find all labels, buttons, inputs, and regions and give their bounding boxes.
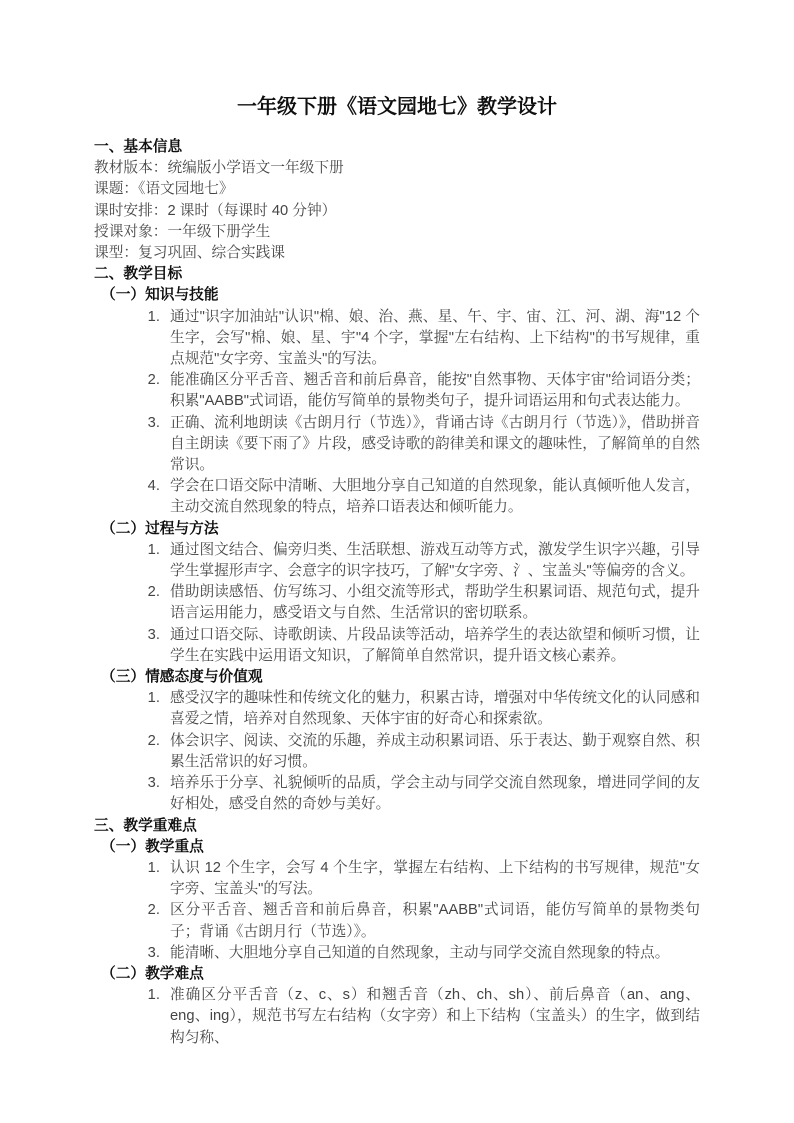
list-item: 能清晰、大胆地分享自己知道的自然现象，主动与同学交流自然现象的特点。 [164,943,700,964]
list-item: 培养乐于分享、礼貌倾听的品质，学会主动与同学交流自然现象，增进同学间的友好相处，… [164,773,700,815]
subsection-teaching-focus: （一）教学重点 认识 12 个生字，会写 4 个生字，掌握左右结构、上下结构的书… [94,837,700,964]
info-line-textbook-version: 教材版本：统编版小学语文一年级下册 [94,158,700,179]
teaching-focus-subheading: （一）教学重点 [101,837,700,858]
list-item: 感受汉字的趣味性和传统文化的魅力，积累古诗，增强对中华传统文化的认同感和喜爱之情… [164,688,700,730]
knowledge-skills-list: 通过"识字加油站"认识"棉、娘、治、燕、星、午、宇、宙、江、河、湖、海"12 个… [94,307,700,519]
emotion-values-list: 感受汉字的趣味性和传统文化的魅力，积累古诗，增强对中华传统文化的认同感和喜爱之情… [94,688,700,815]
list-item: 通过"识字加油站"认识"棉、娘、治、燕、星、午、宇、宙、江、河、湖、海"12 个… [164,307,700,371]
info-line-lesson-type: 课型：复习巩固、综合实践课 [94,243,700,264]
subsection-process-methods: （二）过程与方法 通过图文结合、偏旁归类、生活联想、游戏互动等方式，激发学生识字… [94,519,700,667]
list-item: 借助朗读感悟、仿写练习、小组交流等形式，帮助学生积累词语、规范句式，提升语言运用… [164,582,700,624]
process-methods-list: 通过图文结合、偏旁归类、生活联想、游戏互动等方式，激发学生识字兴趣，引导学生掌握… [94,540,700,667]
section-basic-info: 一、基本信息 教材版本：统编版小学语文一年级下册 课题：《语文园地七》 课时安排… [94,137,700,264]
teaching-difficulty-subheading: （二）教学难点 [101,964,700,985]
list-item: 正确、流利地朗读《古朗月行（节选）》，背诵古诗《古朗月行（节选）》，借助拼音自主… [164,413,700,477]
key-points-heading: 三、教学重难点 [94,816,700,837]
list-item: 通过图文结合、偏旁归类、生活联想、游戏互动等方式，激发学生识字兴趣，引导学生掌握… [164,540,700,582]
info-line-schedule: 课时安排：2 课时（每课时 40 分钟） [94,201,700,222]
list-item: 能准确区分平舌音、翘舌音和前后鼻音，能按"自然事物、天体宇宙"给词语分类；积累"… [164,370,700,412]
list-item: 区分平舌音、翘舌音和前后鼻音，积累"AABB"式词语，能仿写简单的景物类句子；背… [164,900,700,942]
document-page: 一年级下册《语文园地七》教学设计 一、基本信息 教材版本：统编版小学语文一年级下… [0,0,794,1123]
process-methods-subheading: （二）过程与方法 [101,519,700,540]
list-item: 通过口语交际、诗歌朗读、片段品读等活动，培养学生的表达欲望和倾听习惯，让学生在实… [164,625,700,667]
subsection-knowledge-skills: （一）知识与技能 通过"识字加油站"认识"棉、娘、治、燕、星、午、宇、宙、江、河… [94,285,700,518]
list-item: 学会在口语交际中清晰、大胆地分享自己知道的自然现象，能认真倾听他人发言，主动交流… [164,476,700,518]
section-key-points: 三、教学重难点 （一）教学重点 认识 12 个生字，会写 4 个生字，掌握左右结… [94,816,700,1049]
info-line-lesson-title: 课题：《语文园地七》 [94,179,700,200]
basic-info-heading: 一、基本信息 [94,137,700,158]
section-objectives: 二、教学目标 （一）知识与技能 通过"识字加油站"认识"棉、娘、治、燕、星、午、… [94,264,700,815]
teaching-difficulty-list: 准确区分平舌音（z、c、s）和翘舌音（zh、ch、sh）、前后鼻音（an、ang… [94,985,700,1049]
list-item: 准确区分平舌音（z、c、s）和翘舌音（zh、ch、sh）、前后鼻音（an、ang… [164,985,700,1049]
subsection-teaching-difficulty: （二）教学难点 准确区分平舌音（z、c、s）和翘舌音（zh、ch、sh）、前后鼻… [94,964,700,1049]
list-item: 认识 12 个生字，会写 4 个生字，掌握左右结构、上下结构的书写规律，规范"女… [164,858,700,900]
knowledge-skills-subheading: （一）知识与技能 [101,285,700,306]
emotion-values-subheading: （三）情感态度与价值观 [101,667,700,688]
info-line-audience: 授课对象：一年级下册学生 [94,222,700,243]
subsection-emotion-values: （三）情感态度与价值观 感受汉字的趣味性和传统文化的魅力，积累古诗，增强对中华传… [94,667,700,815]
teaching-focus-list: 认识 12 个生字，会写 4 个生字，掌握左右结构、上下结构的书写规律，规范"女… [94,858,700,964]
document-title: 一年级下册《语文园地七》教学设计 [94,92,700,122]
list-item: 体会识字、阅读、交流的乐趣，养成主动积累词语、乐于表达、勤于观察自然、积累生活常… [164,731,700,773]
objectives-heading: 二、教学目标 [94,264,700,285]
